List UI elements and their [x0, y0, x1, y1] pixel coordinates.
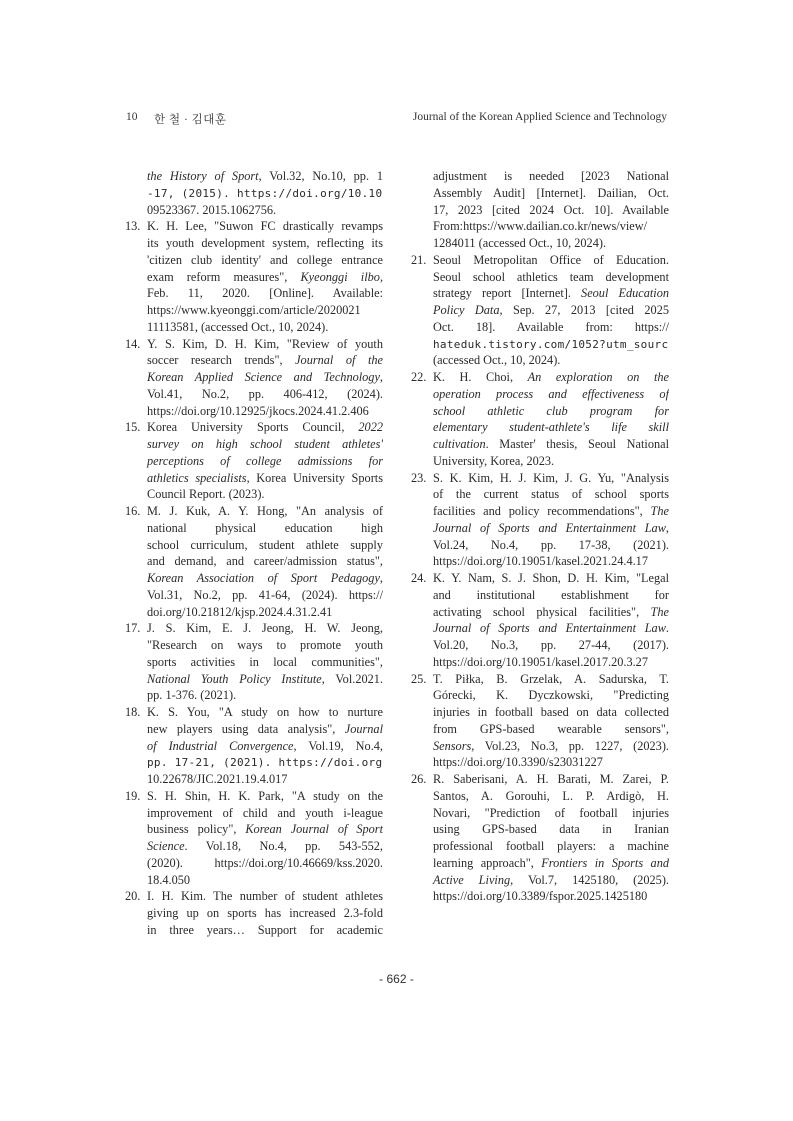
reference-line: hateduk.tistory.com/1052?utm_source — [411, 336, 669, 353]
reference-line: strategy report [Internet]. Seoul Educat… — [411, 285, 669, 302]
reference-number: 22. — [411, 369, 426, 386]
reference-line: athletics specialists, Korea University … — [125, 470, 383, 487]
reference-line: https://doi.org/10.19051/kasel.2017.20.3… — [411, 654, 669, 671]
reference-line: Vol.31, No.2, pp. 41-64, (2024). https:/… — [125, 587, 383, 604]
reference-number: 21. — [411, 252, 426, 269]
reference-line: of the current status of school sports — [411, 486, 669, 503]
reference-line: and institutional establishment for — [411, 587, 669, 604]
reference-line: https://doi.org/10.19051/kasel.2021.24.4… — [411, 553, 669, 570]
reference-line: school athletic club program for — [411, 403, 669, 420]
reference-line: 'citizen club identity' and college entr… — [125, 252, 383, 269]
reference-line: sports activities in local communities", — [125, 654, 383, 671]
reference-line: pp. 1-376. (2021). — [125, 687, 383, 704]
reference-line: S. K. Kim, H. J. Kim, J. G. Yu, "Analysi… — [411, 470, 669, 487]
reference-line: J. S. Kim, E. J. Jeong, H. W. Jeong, — [125, 620, 383, 637]
reference-entry: 22.K. H. Choi, An exploration on theoper… — [411, 369, 669, 470]
reference-line: Journal of Sports and Entertainment Law. — [411, 620, 669, 637]
reference-number: 25. — [411, 671, 426, 688]
reference-number: 13. — [125, 218, 140, 235]
reference-line: "Research on ways to promote youth — [125, 637, 383, 654]
reference-line: 10.22678/JIC.2021.19.4.017 — [125, 771, 383, 788]
reference-entry: 15.Korea University Sports Council, 2022… — [125, 419, 383, 503]
reference-line: Korean Applied Science and Technology, — [125, 369, 383, 386]
reference-number: 15. — [125, 419, 140, 436]
reference-line: Sensors, Vol.23, No.3, pp. 1227, (2023). — [411, 738, 669, 755]
reference-line: K. Y. Nam, S. J. Shon, D. H. Kim, "Legal — [411, 570, 669, 587]
reference-line: K. H. Choi, An exploration on the — [411, 369, 669, 386]
reference-line: University, Korea, 2023. — [411, 453, 669, 470]
reference-line: Y. S. Kim, D. H. Kim, "Review of youth — [125, 336, 383, 353]
reference-line: operation process and effectiveness of — [411, 386, 669, 403]
reference-number: 14. — [125, 336, 140, 353]
reference-line: the History of Sport, Vol.32, No.10, pp.… — [125, 168, 383, 185]
reference-line: Novari, "Prediction of football injuries — [411, 805, 669, 822]
reference-line: K. S. You, "A study on how to nurture — [125, 704, 383, 721]
reference-line: Korea University Sports Council, 2022 — [125, 419, 383, 436]
reference-entry: 23.S. K. Kim, H. J. Kim, J. G. Yu, "Anal… — [411, 470, 669, 571]
reference-line: M. J. Kuk, A. Y. Hong, "An analysis of — [125, 503, 383, 520]
reference-line: Policy Data, Sep. 27, 2013 [cited 2025 — [411, 302, 669, 319]
reference-line: Korean Association of Sport Pedagogy, — [125, 570, 383, 587]
reference-line: R. Saberisani, A. H. Barati, M. Zarei, P… — [411, 771, 669, 788]
reference-line: of Industrial Convergence, Vol.19, No.4, — [125, 738, 383, 755]
references-right-column: adjustment is needed [2023 NationalAssem… — [411, 168, 669, 905]
reference-line: 11113581, (accessed Oct., 10, 2024). — [125, 319, 383, 336]
reference-line: 18.4.050 — [125, 872, 383, 889]
reference-line: learning approach", Frontiers in Sports … — [411, 855, 669, 872]
reference-entry: 17.J. S. Kim, E. J. Jeong, H. W. Jeong,"… — [125, 620, 383, 704]
running-header: 10 한 철 · 김대훈 Journal of the Korean Appli… — [126, 111, 667, 127]
reference-line: pp. 17-21, (2021). https://doi.org/ — [125, 754, 383, 771]
reference-line: school curriculum, student athlete suppl… — [125, 537, 383, 554]
reference-line: elementary student-athlete's life skill — [411, 419, 669, 436]
reference-entry: 16.M. J. Kuk, A. Y. Hong, "An analysis o… — [125, 503, 383, 620]
reference-line: national physical education high — [125, 520, 383, 537]
reference-line: https://doi.org/10.12925/jkocs.2024.41.2… — [125, 403, 383, 420]
reference-line: injuries in football based on data colle… — [411, 704, 669, 721]
reference-line: National Youth Policy Institute, Vol.202… — [125, 671, 383, 688]
header-page-number: 10 — [126, 111, 138, 123]
reference-line: its youth development system, reflecting… — [125, 235, 383, 252]
reference-line: https://doi.org/10.3389/fspor.2025.14251… — [411, 888, 669, 905]
reference-entry: 21.Seoul Metropolitan Office of Educatio… — [411, 252, 669, 369]
reference-line: 1284011 (accessed Oct., 10, 2024). — [411, 235, 669, 252]
reference-entry: 14.Y. S. Kim, D. H. Kim, "Review of yout… — [125, 336, 383, 420]
header-authors: 한 철 · 김대훈 — [154, 111, 227, 127]
reference-line: 17, 2023 [cited 2024 Oct. 10]. Available — [411, 202, 669, 219]
reference-line: exam reform measures", Kyeonggi ilbo, — [125, 269, 383, 286]
reference-number: 24. — [411, 570, 426, 587]
reference-entry: 19.S. H. Shin, H. K. Park, "A study on t… — [125, 788, 383, 889]
page-footer-number: - 662 - — [0, 972, 793, 986]
reference-number: 19. — [125, 788, 140, 805]
reference-line: cultivation. Master' thesis, Seoul Natio… — [411, 436, 669, 453]
reference-line: Santos, A. Gorouhi, L. P. Ardigò, H. — [411, 788, 669, 805]
reference-line: Górecki, K. Dyczkowski, "Predicting — [411, 687, 669, 704]
reference-line: and demand, and career/admission status"… — [125, 553, 383, 570]
header-journal-title: Journal of the Korean Applied Science an… — [413, 111, 667, 123]
reference-line: giving up on sports has increased 2.3-fo… — [125, 905, 383, 922]
reference-number: 20. — [125, 888, 140, 905]
reference-line: new players using data analysis", Journa… — [125, 721, 383, 738]
reference-line: Feb. 11, 2020. [Online]. Available: — [125, 285, 383, 302]
reference-number: 16. — [125, 503, 140, 520]
reference-line: Vol.20, No.3, pp. 27-44, (2017). — [411, 637, 669, 654]
reference-line: https://www.kyeonggi.com/article/2020021 — [125, 302, 383, 319]
reference-line: improvement of child and youth i-league — [125, 805, 383, 822]
reference-entry: 20.I. H. Kim. The number of student athl… — [125, 888, 383, 938]
reference-line: K. H. Lee, "Suwon FC drastically revamps — [125, 218, 383, 235]
reference-line: https://doi.org/10.3390/s23031227 — [411, 754, 669, 771]
reference-line: From:https://www.dailian.co.kr/news/view… — [411, 218, 669, 235]
reference-entry: the History of Sport, Vol.32, No.10, pp.… — [125, 168, 383, 218]
reference-line: professional football players: a machine — [411, 838, 669, 855]
reference-number: 18. — [125, 704, 140, 721]
reference-entry: 24.K. Y. Nam, S. J. Shon, D. H. Kim, "Le… — [411, 570, 669, 671]
reference-line: S. H. Shin, H. K. Park, "A study on the — [125, 788, 383, 805]
reference-line: Seoul school athletics team development — [411, 269, 669, 286]
reference-line: Seoul Metropolitan Office of Education. — [411, 252, 669, 269]
reference-line: 09523367. 2015.1062756. — [125, 202, 383, 219]
reference-number: 26. — [411, 771, 426, 788]
reference-line: Journal of Sports and Entertainment Law, — [411, 520, 669, 537]
reference-line: adjustment is needed [2023 National — [411, 168, 669, 185]
reference-line: I. H. Kim. The number of student athlete… — [125, 888, 383, 905]
reference-line: soccer research trends", Journal of the — [125, 352, 383, 369]
reference-line: Science. Vol.18, No.4, pp. 543-552, — [125, 838, 383, 855]
reference-line: Vol.24, No.4, pp. 17-38, (2021). — [411, 537, 669, 554]
reference-line: Oct. 18]. Available from: https:// — [411, 319, 669, 336]
reference-line: Council Report. (2023). — [125, 486, 383, 503]
reference-line: survey on high school student athletes' — [125, 436, 383, 453]
reference-line: -17, (2015). https://doi.org/10.1080/ — [125, 185, 383, 202]
reference-line: T. Piłka, B. Grzelak, A. Sadurska, T. — [411, 671, 669, 688]
references-left-column: the History of Sport, Vol.32, No.10, pp.… — [125, 168, 383, 939]
reference-line: Vol.41, No.2, pp. 406-412, (2024). — [125, 386, 383, 403]
reference-line: using GPS-based data in Iranian — [411, 821, 669, 838]
reference-line: from GPS-based wearable sensors", — [411, 721, 669, 738]
reference-line: in three years… Support for academic — [125, 922, 383, 939]
reference-line: Assembly Audit] [Internet]. Dailian, Oct… — [411, 185, 669, 202]
reference-entry: 18.K. S. You, "A study on how to nurture… — [125, 704, 383, 788]
reference-entry: 13.K. H. Lee, "Suwon FC drastically reva… — [125, 218, 383, 335]
reference-line: doi.org/10.21812/kjsp.2024.4.31.2.41 — [125, 604, 383, 621]
reference-line: (accessed Oct., 10, 2024). — [411, 352, 669, 369]
reference-line: perceptions of college admissions for — [125, 453, 383, 470]
reference-line: (2020). https://doi.org/10.46669/kss.202… — [125, 855, 383, 872]
reference-line: activating school physical facilities", … — [411, 604, 669, 621]
reference-entry: adjustment is needed [2023 NationalAssem… — [411, 168, 669, 252]
reference-number: 17. — [125, 620, 140, 637]
reference-entry: 26.R. Saberisani, A. H. Barati, M. Zarei… — [411, 771, 669, 905]
reference-line: business policy", Korean Journal of Spor… — [125, 821, 383, 838]
reference-number: 23. — [411, 470, 426, 487]
reference-entry: 25.T. Piłka, B. Grzelak, A. Sadurska, T.… — [411, 671, 669, 772]
reference-line: Active Living, Vol.7, 1425180, (2025). — [411, 872, 669, 889]
reference-line: facilities and policy recommendations", … — [411, 503, 669, 520]
